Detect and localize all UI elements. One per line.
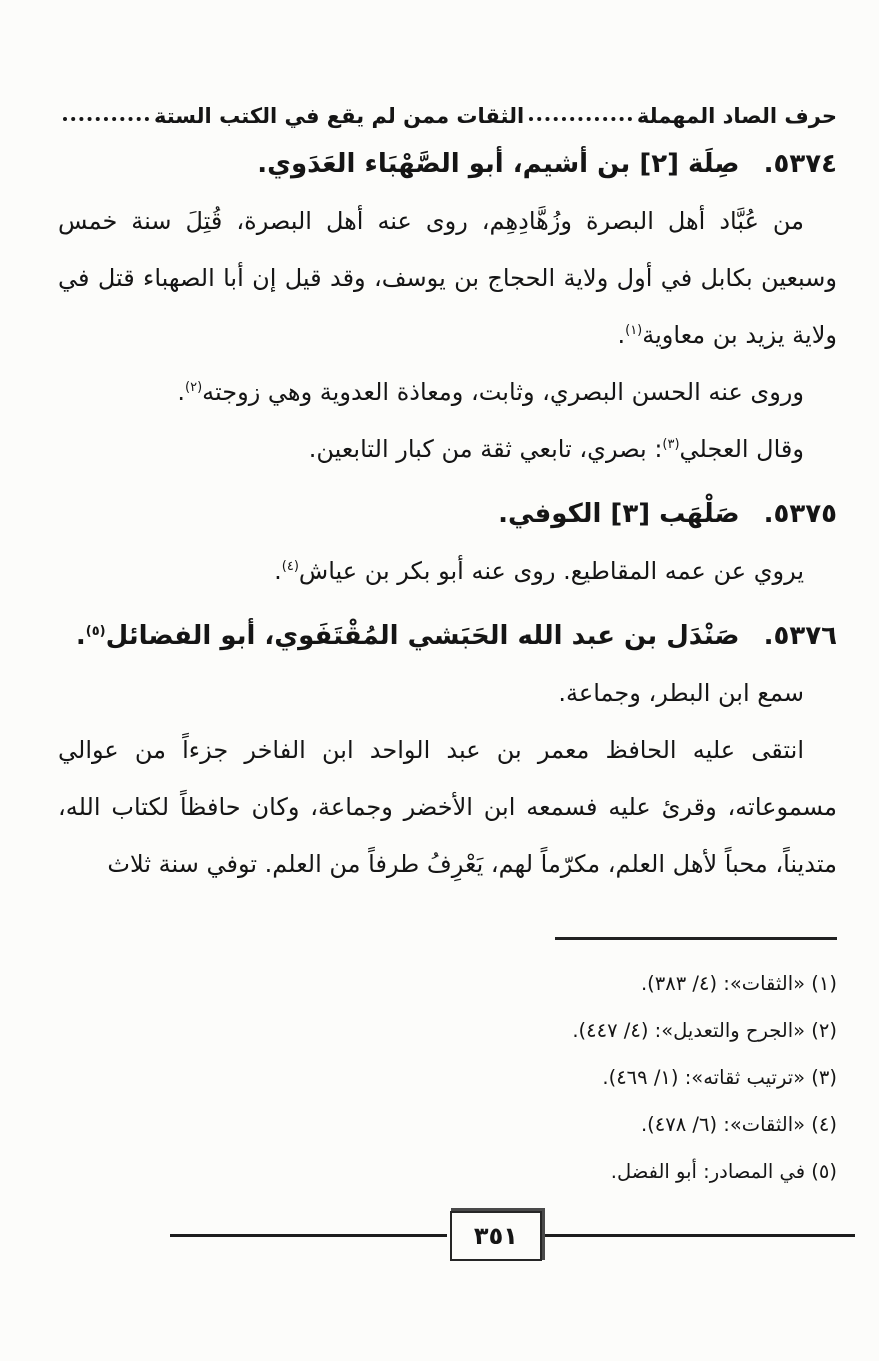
paragraph-text: انتقى عليه الحافظ معمر بن عبد الواحد ابن… xyxy=(58,736,837,878)
footnote-line: (٤) «الثقات»: (٦/ ٤٧٨). xyxy=(58,1101,837,1148)
paragraph: انتقى عليه الحافظ معمر بن عبد الواحد ابن… xyxy=(58,722,837,893)
page-number-rule-left xyxy=(170,1234,447,1237)
paragraph: من عُبَّاد أهل البصرة وزُهَّادِهِم، روى … xyxy=(58,193,837,364)
paragraph: وروى عنه الحسن البصري، وثابت، ومعاذة الع… xyxy=(58,364,837,421)
dot-leader xyxy=(529,117,632,121)
footnote-ref-4: (٤) xyxy=(282,559,299,574)
dot-leader xyxy=(63,117,149,121)
paragraph-text: يروي عن عمه المقاطيع. روى عنه أبو بكر بن… xyxy=(299,557,804,585)
footnote-ref-5: (٥) xyxy=(86,624,106,639)
paragraph-text: وقال العجلي xyxy=(680,435,804,463)
running-head: حرف الصاد المهملة الثقات ممن لم يقع في ا… xyxy=(58,0,837,128)
paragraph-text: سمع ابن البطر، وجماعة. xyxy=(558,679,804,707)
paragraph-text: وروى عنه الحسن البصري، وثابت، ومعاذة الع… xyxy=(202,378,804,406)
book-page: حرف الصاد المهملة الثقات ممن لم يقع في ا… xyxy=(0,0,879,1361)
paragraph: يروي عن عمه المقاطيع. روى عنه أبو بكر بن… xyxy=(58,543,837,600)
paragraph-text: من عُبَّاد أهل البصرة وزُهَّادِهِم، روى … xyxy=(58,207,837,349)
book-title: الثقات ممن لم يقع في الكتب الستة xyxy=(154,104,524,128)
paragraph: سمع ابن البطر، وجماعة. xyxy=(58,665,837,722)
footnotes-block: (١) «الثقات»: (٤/ ٣٨٣). (٢) «الجرح والتع… xyxy=(58,960,837,1195)
paragraph-tail: : بصري، تابعي ثقة من كبار التابعين. xyxy=(309,435,663,463)
page-number-row: ٣٥١ xyxy=(170,1211,855,1261)
entry-number: ٥٣٧٦. xyxy=(764,621,837,651)
paragraph-tail: . xyxy=(274,557,282,585)
paragraph: وقال العجلي(٣): بصري، تابعي ثقة من كبار … xyxy=(58,421,837,478)
entry-heading-5376: ٥٣٧٦. صَنْدَل بن عبد الله الحَبَشي المُق… xyxy=(58,608,837,665)
footnote-line: (٣) «ترتيب ثقاته»: (١/ ٤٦٩). xyxy=(58,1054,837,1101)
entry-number: ٥٣٧٥. xyxy=(764,499,837,529)
entry-name: صِلَة [٢] بن أشيم، أبو الصَّهْبَاء العَد… xyxy=(257,149,739,179)
page-number: ٣٥١ xyxy=(474,1222,518,1250)
entry-number: ٥٣٧٤. xyxy=(764,149,837,179)
footnote-line: (٥) في المصادر: أبو الفضل. xyxy=(58,1148,837,1195)
paragraph-tail: . xyxy=(617,321,625,349)
page-number-box: ٣٥١ xyxy=(450,1211,542,1261)
chapter-title: حرف الصاد المهملة xyxy=(637,104,837,128)
entry-heading-5375: ٥٣٧٥. صَلْهَب [٣] الكوفي. xyxy=(58,486,837,543)
footnote-line: (٢) «الجرح والتعديل»: (٤/ ٤٤٧). xyxy=(58,1007,837,1054)
entry-name: صَلْهَب [٣] الكوفي. xyxy=(498,499,739,529)
footnote-line: (١) «الثقات»: (٤/ ٣٨٣). xyxy=(58,960,837,1007)
entry-name-tail: . xyxy=(76,621,86,651)
entry-name: صَنْدَل بن عبد الله الحَبَشي المُقْتَفَو… xyxy=(106,621,740,651)
entry-heading-5374: ٥٣٧٤. صِلَة [٢] بن أشيم، أبو الصَّهْبَاء… xyxy=(58,136,837,193)
footnote-ref-2: (٢) xyxy=(185,380,202,395)
footnote-ref-3: (٣) xyxy=(662,437,679,452)
footnote-ref-1: (١) xyxy=(625,323,642,338)
footnote-separator xyxy=(555,937,837,940)
paragraph-tail: . xyxy=(177,378,185,406)
page-number-rule-right xyxy=(545,1234,855,1237)
